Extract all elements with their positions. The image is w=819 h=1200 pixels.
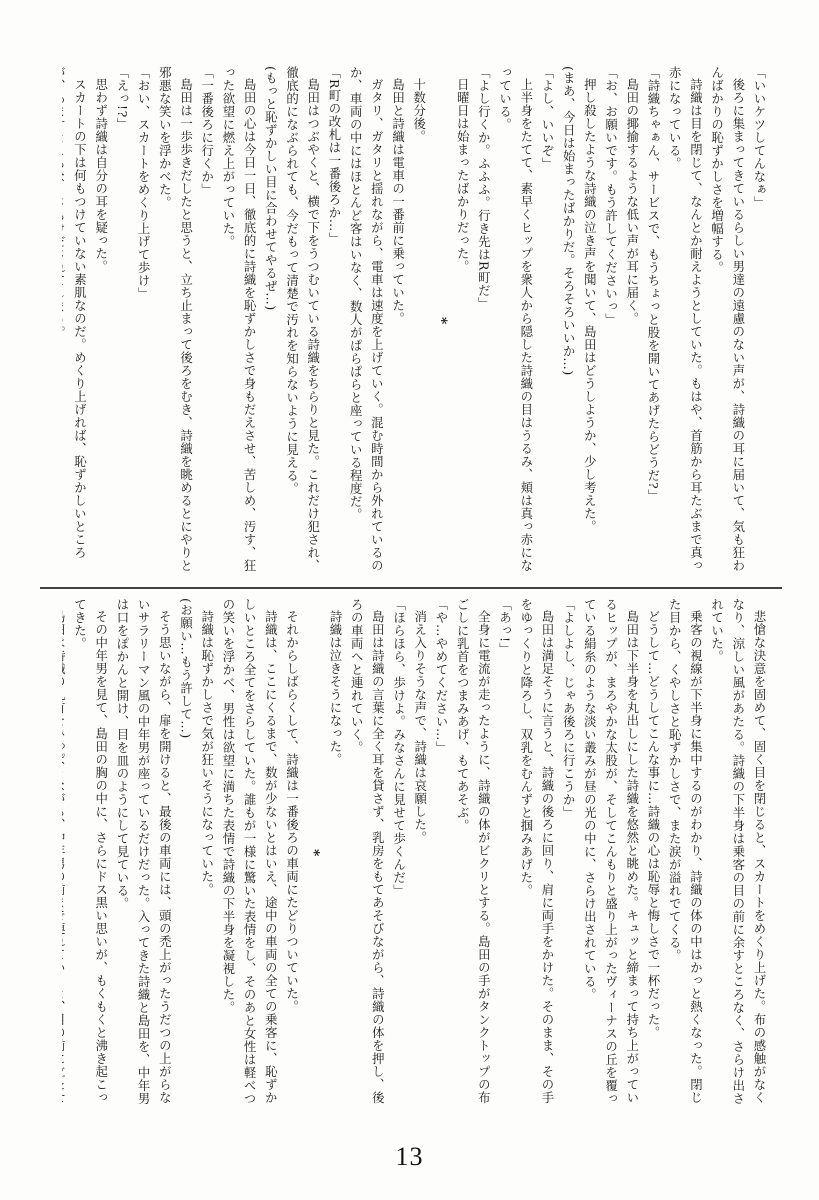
upper-text-tier: 「いいケツしてんなぁ」後ろに集まってきているらしい男達の遠慮のない声が、詩織の耳… <box>62 66 770 576</box>
paragraph: そう思いながら、扉を開けると、最後の車両には、頭の禿上がったうだつの上がらないサ… <box>112 598 176 1108</box>
dialogue-line: 「よし、いいぞ」 <box>537 66 558 576</box>
paragraph: 島田は満足そうに言うと、詩織の後ろに回り、肩に両手をかけた。そのまま、その手をゆ… <box>516 598 558 1108</box>
dialogue-line: 「詩織ちゃぁん、サービスで、もうちょっと股を開いてあげたらどうだ?」 <box>643 66 664 576</box>
document-page: 「いいケツしてんなぁ」後ろに集まってきているらしい男達の遠慮のない声が、詩織の耳… <box>0 0 819 1200</box>
lower-vertical-text: 悲愴な決意を固めて、固く目を閉じると、スカートをめくり上げた。布の感触がなくなり… <box>62 598 770 1108</box>
dialogue-line: (お願い…もう許して…) <box>175 598 196 1108</box>
dialogue-line: 「えっ!?」 <box>112 66 133 576</box>
dialogue-line: 「おい、スカートをめくり上げて歩け」 <box>133 66 154 576</box>
asterisk-glyph: * <box>303 849 324 857</box>
scene-break-asterisk: * <box>303 598 325 1108</box>
paragraph: 島田の揶揄するような低い声が耳に届く。 <box>622 66 643 576</box>
paragraph: 悲愴な決意を固めて、固く目を閉じると、スカートをめくり上げた。布の感触がなくなり… <box>706 598 770 1108</box>
paragraph: ガタリ、ガタリと揺れながら、電車は速度を上げていく。混む時間から外れているのか、… <box>345 66 387 576</box>
paragraph: それからしばらくして、詩織は一番後ろの車両にたどりついていた。 <box>281 598 302 1108</box>
scene-break-asterisk: * <box>430 66 452 576</box>
paragraph: 乗客の視線が下半身に集中するのがわかり、詩織の体の中はかっと熱くなった。閉じた目… <box>664 598 706 1108</box>
paragraph: 詩織は恥ずかしさで気が狂いそうになっていた。 <box>197 598 218 1108</box>
paragraph: 詩織は泣きそうになった。 <box>325 598 346 1108</box>
dialogue-line: 「よしよし、じゃあ後ろに行こうか」 <box>558 598 579 1108</box>
dialogue-line: 「あっ!」 <box>494 598 515 1108</box>
dialogue-line: (もっと恥ずかしい目に合わせてやるぜ…) <box>260 66 281 576</box>
paragraph: スカートの下は何もつけていない素肌なのだ。めくり上げれば、恥ずかしいところが、あ… <box>62 66 91 576</box>
section-heading: 十数分後。 <box>409 66 430 576</box>
paragraph: 島田と詩織は電車の一番前に乗っていた。 <box>387 66 408 576</box>
paragraph: その中年男を見て、島田の胸の中に、さらにドス黒い思いが、もくもくと沸き起こってき… <box>69 598 111 1108</box>
upper-vertical-text: 「いいケツしてんなぁ」後ろに集まってきているらしい男達の遠慮のない声が、詩織の耳… <box>62 66 770 576</box>
dialogue-line: 「一番後ろに行くか」 <box>197 66 218 576</box>
tier-divider <box>40 587 782 589</box>
lower-text-tier: 悲愴な決意を固めて、固く目を閉じると、スカートをめくり上げた。布の感触がなくなり… <box>62 598 770 1108</box>
dialogue-line: 「R町の改札は一番後ろか…」 <box>324 66 345 576</box>
paragraph: 島田は詩織の言葉に全く耳を貸さず、乳房をもてあそびながら、詩織の体を押し、後ろの… <box>346 598 388 1108</box>
dialogue-line: 「いいケツしてんなぁ」 <box>749 66 770 576</box>
paragraph: 日曜日は始まったばかりだった。 <box>452 66 473 576</box>
page-number: 13 <box>0 1142 819 1172</box>
paragraph: どうして…どうしてこんな事に…詩織の心は恥辱と悔しさで一杯だった。 <box>643 598 664 1108</box>
paragraph: 詩織は、ここにくるまで、数が少ないとはいえ、途中の車両の全ての乗客に、恥ずかしい… <box>218 598 282 1108</box>
dialogue-line: 「ほらほら、歩けよ。みなさんに見せて歩くんだ」 <box>388 598 409 1108</box>
paragraph: 島田は下半身を丸出しにした詩織を悠然と眺めた。キュッと締まって持ち上がっているヒ… <box>579 598 643 1108</box>
paragraph: 島田の心は今日一日、徹底的に詩織を恥ずかしさで身もだえさせ、苦しめ、汚す、狂った… <box>218 66 260 576</box>
paragraph: 消え入りそうな声で、詩織は哀願した。 <box>410 598 431 1108</box>
paragraph: 島田は一歩歩きだしたと思うと、立ち止まって後ろをむき、詩織を眺めるとにやりと邪悪… <box>154 66 196 576</box>
paragraph: 上半身をたてて、素早くヒップを衆人から隠した詩織の目はうるみ、頬は真っ赤になって… <box>494 66 536 576</box>
dialogue-line: (まあ、今日は始まったばかりだ。そろそろいいか…) <box>558 66 579 576</box>
asterisk-glyph: * <box>430 317 451 325</box>
paragraph: 詩織は目を閉じて、なんとか耐えようとしていた。もはや、首筋から耳たぶまで真っ赤に… <box>664 66 706 576</box>
paragraph: 押し殺したような詩織の泣き声を聞いて、島田はどうしようか、少し考えた。 <box>579 66 600 576</box>
dialogue-line: 「お、お願いです。もう許してくださいっ」 <box>600 66 621 576</box>
dialogue-line: 「や…やめてください…」 <box>431 598 452 1108</box>
paragraph: 思わず詩織は自分の耳を疑った。 <box>91 66 112 576</box>
paragraph: 全身に電流が走ったように、詩織の体がビクリとする。島田の手がタンクトップの布ごし… <box>452 598 494 1108</box>
paragraph: 島田は詩織の乳首をひっぱりながら、中年男の前まで連れていくと、目の前に立たせた。… <box>62 598 69 1108</box>
paragraph: 島田はつぶやくと、横で下をうつむいている詩織をちらりと見た。これだけ犯され、徹底… <box>281 66 323 576</box>
paragraph: 後ろに集まってきているらしい男達の遠慮のない声が、詩織の耳に届いて、気も狂わんば… <box>706 66 748 576</box>
dialogue-line: 「よし行くか。ふふふ。行き先はR町だ」 <box>473 66 494 576</box>
